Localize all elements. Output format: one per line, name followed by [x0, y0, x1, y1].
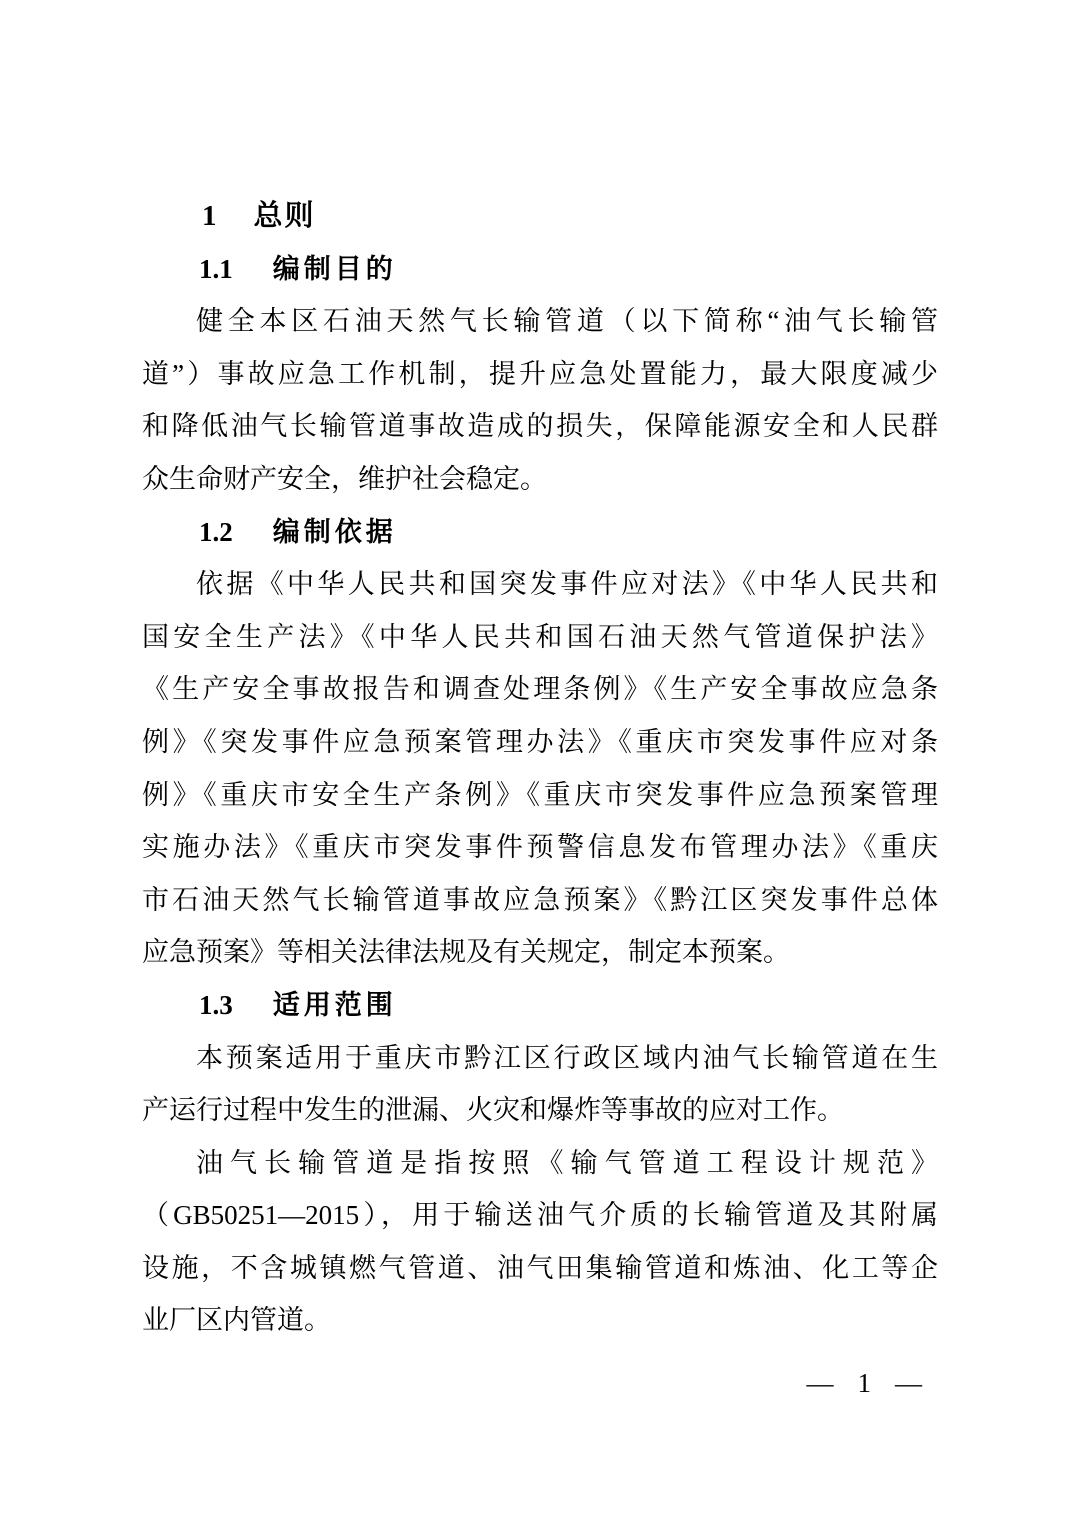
paragraph-line: 依据《中华人民共和国突发事件应对法》《中华人民共和 — [142, 558, 938, 611]
paragraph-line: 例》《突发事件应急预案管理办法》《重庆市突发事件应对条 — [142, 716, 938, 769]
paragraph-line: 健全本区石油天然气长输管道（以下简称“油气长输管 — [142, 295, 938, 348]
paragraph-line: 和降低油气长输管道事故造成的损失，保障能源安全和人民群 — [142, 400, 938, 453]
heading-number: 1.1 — [199, 243, 233, 296]
paragraph-line: 众生命财产安全，维护社会稳定。 — [142, 453, 938, 506]
heading-title: 编制依据 — [273, 506, 397, 559]
heading-number: 1.2 — [199, 506, 233, 559]
document-page: 1总则1.1编制目的健全本区石油天然气长输管道（以下简称“油气长输管道”）事故应… — [0, 0, 1076, 1520]
subsection-heading: 1.2编制依据 — [142, 506, 938, 559]
paragraph: 健全本区石油天然气长输管道（以下简称“油气长输管道”）事故应急工作机制，提升应急… — [142, 295, 938, 505]
heading-title: 编制目的 — [273, 243, 397, 296]
paragraph-line: 例》《重庆市安全生产条例》《重庆市突发事件应急预案管理 — [142, 769, 938, 822]
paragraph-line: 国安全生产法》《中华人民共和国石油天然气管道保护法》 — [142, 611, 938, 664]
heading-number: 1 — [202, 190, 217, 243]
subsection-heading: 1.3适用范围 — [142, 979, 938, 1032]
subsection-heading: 1.1编制目的 — [142, 243, 938, 296]
paragraph-line: 油气长输管道是指按照《输气管道工程设计规范》 — [142, 1137, 938, 1190]
heading-number: 1.3 — [199, 979, 233, 1032]
section-heading: 1总则 — [142, 190, 938, 243]
heading-title: 适用范围 — [273, 979, 397, 1032]
heading-title: 总则 — [254, 190, 316, 243]
paragraph-line: 市石油天然气长输管道事故应急预案》《黔江区突发事件总体 — [142, 874, 938, 927]
paragraph: 油气长输管道是指按照《输气管道工程设计规范》（GB50251—2015），用于输… — [142, 1137, 938, 1347]
document-content: 1总则1.1编制目的健全本区石油天然气长输管道（以下简称“油气长输管道”）事故应… — [142, 190, 938, 1347]
paragraph-line: 设施，不含城镇燃气管道、油气田集输管道和炼油、化工等企 — [142, 1242, 938, 1295]
page-footer: — 1 — — [807, 1357, 923, 1409]
paragraph-line: 本预案适用于重庆市黔江区行政区域内油气长输管道在生 — [142, 1032, 938, 1085]
paragraph-line: 应急预案》等相关法律法规及有关规定，制定本预案。 — [142, 926, 938, 979]
paragraph-line: 产运行过程中发生的泄漏、火灾和爆炸等事故的应对工作。 — [142, 1084, 938, 1137]
paragraph: 依据《中华人民共和国突发事件应对法》《中华人民共和国安全生产法》《中华人民共和国… — [142, 558, 938, 979]
paragraph-line: 《生产安全事故报告和调查处理条例》《生产安全事故应急条 — [142, 663, 938, 716]
paragraph-line: 实施办法》《重庆市突发事件预警信息发布管理办法》《重庆 — [142, 821, 938, 874]
footer-dash-right: — — [895, 1357, 922, 1409]
paragraph-line: 道”）事故应急工作机制，提升应急处置能力，最大限度减少 — [142, 348, 938, 401]
paragraph-line: （GB50251—2015），用于输送油气介质的长输管道及其附属 — [142, 1189, 938, 1242]
paragraph: 本预案适用于重庆市黔江区行政区域内油气长输管道在生产运行过程中发生的泄漏、火灾和… — [142, 1032, 938, 1137]
page-number: 1 — [858, 1357, 872, 1409]
paragraph-line: 业厂区内管道。 — [142, 1294, 938, 1347]
footer-dash-left: — — [807, 1357, 834, 1409]
